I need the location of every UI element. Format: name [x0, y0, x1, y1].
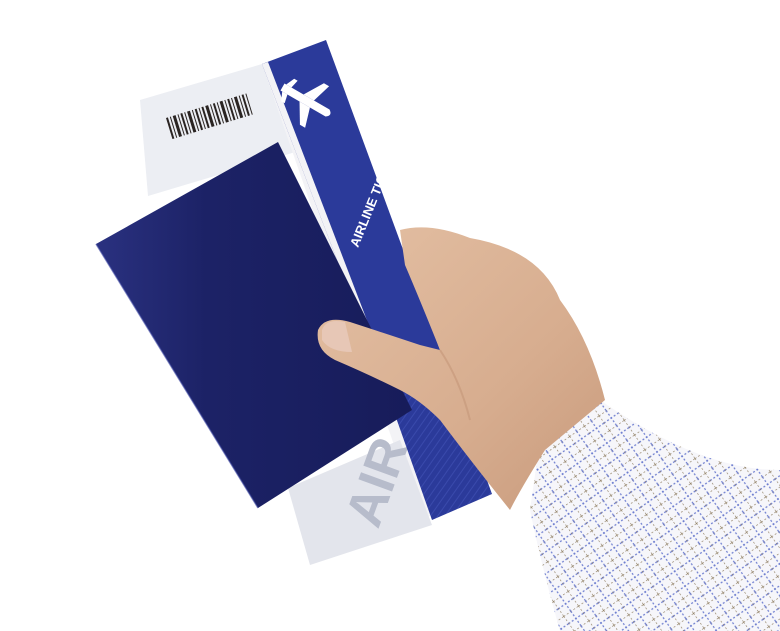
- shirt-sleeve: [530, 400, 780, 631]
- photo-scene: AIR AI: [0, 0, 780, 631]
